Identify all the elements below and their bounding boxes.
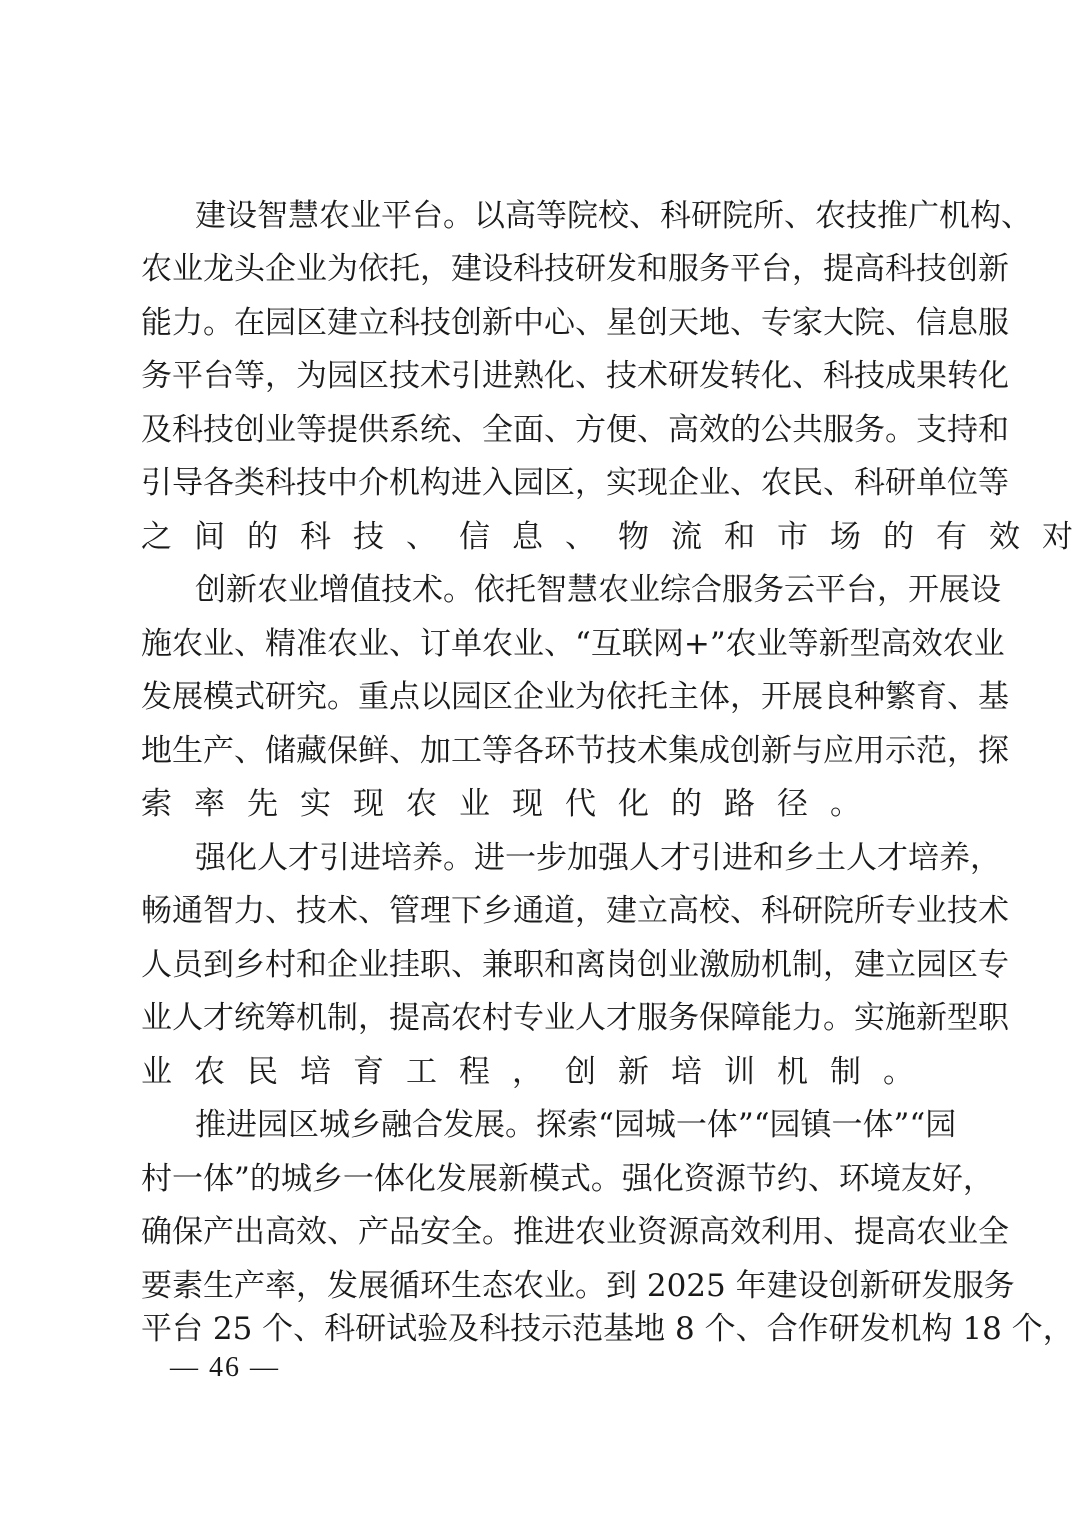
page-number: — 46 — (170, 1352, 280, 1384)
paragraph-4-line-3: 确保产出高效、产品安全。推进农业资源高效利用、提高农业全 (141, 1212, 937, 1252)
paragraph-2-line-1: 创新农业增值技术。依托智慧农业综合服务云平台，开展设 (195, 570, 937, 610)
paragraph-3-line-1: 强化人才引进培养。进一步加强人才引进和乡土人才培养， (195, 838, 937, 878)
paragraph-4-line-4: 要素生产率，发展循环生态农业。到 2025 年建设创新研发服务 (141, 1266, 937, 1306)
paragraph-1-line-7: 之间的科技、信息、物流和市场的有效对接。 (141, 517, 937, 557)
paragraph-3-line-3: 人员到乡村和企业挂职、兼职和离岗创业激励机制，建立园区专 (141, 945, 937, 985)
paragraph-4-line-5: 平台 25 个、科研试验及科技示范基地 8 个、合作研发机构 18 个， (141, 1309, 937, 1349)
paragraph-1-line-5: 及科技创业等提供系统、全面、方便、高效的公共服务。支持和 (141, 410, 937, 450)
paragraph-1-line-3: 能力。在园区建立科技创新中心、星创天地、专家大院、信息服 (141, 303, 937, 343)
paragraph-1-line-1: 建设智慧农业平台。以高等院校、科研院所、农技推广机构、 (195, 196, 937, 236)
paragraph-1-line-2: 农业龙头企业为依托，建设科技研发和服务平台，提高科技创新 (141, 249, 937, 289)
paragraph-1-line-6: 引导各类科技中介机构进入园区，实现企业、农民、科研单位等 (141, 463, 937, 503)
document-page: 建设智慧农业平台。以高等院校、科研院所、农技推广机构、 农业龙头企业为依托，建设… (0, 0, 1074, 1520)
paragraph-3-line-5: 业农民培育工程，创新培训机制。 (141, 1052, 937, 1092)
paragraph-2-line-2: 施农业、精准农业、订单农业、“互联网+”农业等新型高效农业 (141, 624, 937, 664)
paragraph-2-line-4: 地生产、储藏保鲜、加工等各环节技术集成创新与应用示范，探 (141, 731, 937, 771)
paragraph-4-line-1: 推进园区城乡融合发展。探索“园城一体”“园镇一体”“园 (195, 1105, 937, 1145)
paragraph-2-line-3: 发展模式研究。重点以园区企业为依托主体，开展良种繁育、基 (141, 677, 937, 717)
paragraph-1-line-4: 务平台等，为园区技术引进熟化、技术研发转化、科技成果转化 (141, 356, 937, 396)
paragraph-3-line-4: 业人才统筹机制，提高农村专业人才服务保障能力。实施新型职 (141, 998, 937, 1038)
paragraph-4-line-2: 村一体”的城乡一体化发展新模式。强化资源节约、环境友好， (141, 1159, 937, 1199)
paragraph-3-line-2: 畅通智力、技术、管理下乡通道，建立高校、科研院所专业技术 (141, 891, 937, 931)
paragraph-2-line-5: 索率先实现农业现代化的路径。 (141, 784, 937, 824)
